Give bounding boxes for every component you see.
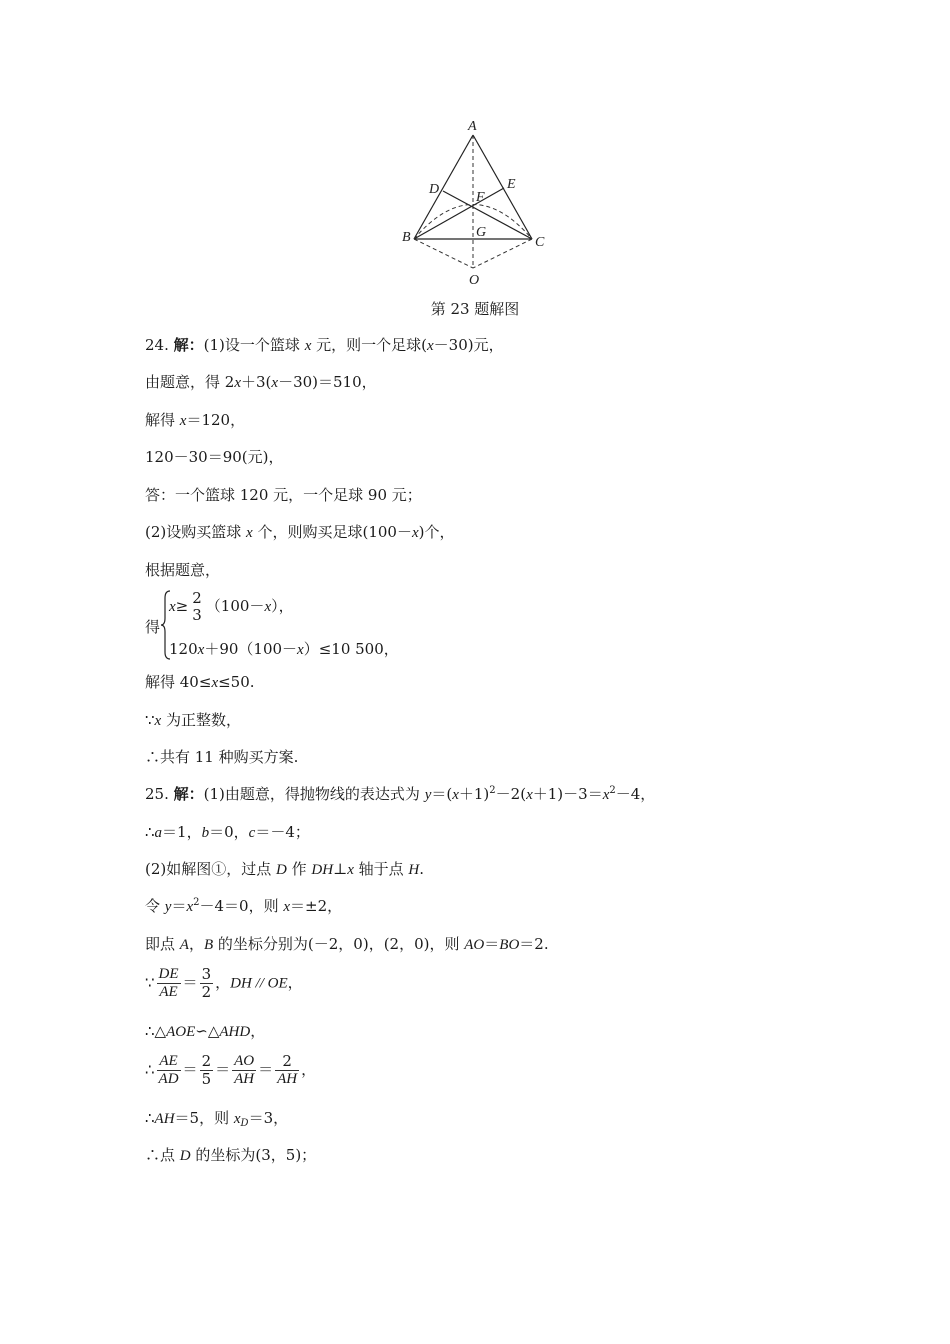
label-d: D [428,182,439,197]
q24-line-10: ∴共有 11 种购买方案. [145,747,298,767]
system-row-1: x≥23（100－x）， [169,590,294,624]
var: OE [268,976,288,992]
q24-line-7: 根据题意， [145,560,220,580]
triangle-symbol: △ [208,1022,220,1040]
text: (2)设购买篮球 [145,523,246,541]
q25-line-9: ∴AH＝5，则 xD＝3， [145,1108,288,1129]
text: ＝3， [249,1109,289,1127]
label-f: F [475,190,485,205]
text: ， [250,1022,265,1040]
fraction: 25 [200,1053,214,1088]
text: 解得 [145,411,180,429]
question-number: 24. [145,336,169,354]
text: ∴共有 11 种购买方案. [145,748,298,766]
solution-label: 解： [174,785,204,803]
denominator: 5 [200,1070,214,1088]
text: ＝ [258,1061,273,1079]
therefore-symbol: ∴ [145,823,155,841]
text: ＝( [431,785,452,803]
text: . [419,860,424,878]
q25-line-6: ∵DEAE＝32，DH // OE， [145,966,303,1001]
subscript: D [241,1118,249,1129]
text: ， [189,935,204,953]
text: ＝ [215,1061,230,1079]
text: 轴于点 [354,860,409,878]
text: ≤50. [218,673,254,691]
text: －30)＝510， [278,373,377,391]
triangle-diagram: A D E F B G C O [390,110,570,300]
text: ＋1)－3＝ [533,785,603,803]
numerator: 2 [190,590,204,607]
var: x [234,1111,241,1127]
therefore-symbol: ∴ [145,1061,155,1079]
denominator: AE [157,983,181,1001]
var: b [202,825,210,841]
text: ＋1) [459,785,489,803]
text: ）， [271,597,294,615]
var: H [408,862,419,878]
similar-symbol: ∽ [195,1022,208,1040]
var: D [180,1148,191,1164]
numerator: 2 [275,1053,299,1070]
text: 120－30＝90(元)， [145,448,284,466]
text: ∴△ [145,1022,166,1040]
numerator: 3 [200,966,214,983]
text: （100－ [206,597,265,615]
text: 解得 40≤ [145,673,211,691]
text: ∴点 [145,1146,180,1164]
q24-line-8: 解得 40≤x≤50. [145,672,255,693]
text: ≥ [176,597,189,615]
var: x [297,642,304,658]
label-e: E [506,177,516,192]
text: ＝0， [209,823,249,841]
var: DH [230,976,252,992]
var: AO [464,937,484,953]
because-symbol: ∵ [145,974,155,992]
text: ＋3( [241,373,271,391]
text: 的坐标为(3，5)； [191,1146,317,1164]
text: ⊥ [333,860,347,878]
text: 为正整数， [161,711,241,729]
text: 的坐标分别为(－2，0)，(2，0)，则 [213,935,464,953]
text: 即点 [145,935,180,953]
var: x [452,787,459,803]
fraction: AEAD [157,1053,181,1088]
var: B [204,937,213,953]
text: (1)设一个篮球 [204,336,305,354]
fraction: 32 [200,966,214,1001]
var: AHD [219,1024,250,1040]
label-g: G [476,225,486,240]
text: 得 [145,616,160,637]
q25-line-1: 25. 解：(1)由题意，得抛物线的表达式为 y＝(x＋1)2－2(x＋1)－3… [145,784,655,805]
var: a [155,825,163,841]
text: ＝±2， [290,897,342,915]
numerator: 2 [200,1053,214,1070]
solution-label: 解： [174,336,204,354]
text: －4， [616,785,656,803]
q25-line-2: ∴a＝1，b＝0，c＝－4； [145,822,310,843]
question-number: 25. [145,785,169,803]
label-o: O [469,273,479,288]
text: ＝ [183,1061,198,1079]
var: AH [155,1111,175,1127]
text: ＝120， [186,411,245,429]
var: x [526,787,533,803]
denominator: AD [157,1070,181,1088]
q24-line-2: 由题意，得 2x＋3(x－30)＝510， [145,372,377,393]
var: BO [499,937,519,953]
fraction: 2AH [275,1053,299,1088]
numerator: DE [157,966,181,983]
text: ＝2. [519,935,548,953]
var: AOE [166,1024,195,1040]
var: x [246,525,253,541]
text: ， [288,974,303,992]
text: ＝ [183,974,198,992]
parallel-symbol: // [252,976,268,992]
var: x [169,599,176,615]
q24-line-4: 120－30＝90(元)， [145,447,284,467]
text: 令 [145,897,165,915]
text: 元，则一个足球( [311,336,427,354]
because-symbol: ∵ [145,711,155,729]
denominator: 3 [190,607,204,624]
q24-line-9: ∵x 为正整数， [145,710,241,731]
text: 答：一个篮球 120 元，一个足球 90 元； [145,486,422,504]
var: A [180,937,189,953]
text: ＝5，则 [175,1109,234,1127]
fraction: DEAE [157,966,181,1001]
q24-line-1: 24. 解：(1)设一个篮球 x 元，则一个足球(x－30)元， [145,335,504,356]
text: ＝ [171,897,186,915]
text: 作 [287,860,312,878]
figure-caption: 第 23 题解图 [0,298,950,319]
label-c: C [535,235,545,250]
text: (1)由题意，得抛物线的表达式为 [204,785,425,803]
q25-line-5: 即点 A，B 的坐标分别为(－2，0)，(2，0)，则 AO＝BO＝2. [145,934,549,955]
fraction: AOAH [232,1053,256,1088]
text: ）≤10 500， [304,640,399,658]
q24-line-6: (2)设购买篮球 x 个，则购买足球(100－x)个， [145,522,455,543]
q25-line-4: 令 y＝x2－4＝0，则 x＝±2， [145,896,342,917]
q25-line-10: ∴点 D 的坐标为(3，5)； [145,1145,316,1166]
text: ＝1， [162,823,202,841]
text: 120 [169,640,198,658]
text: －2( [496,785,526,803]
text: ， [301,1061,316,1079]
var: D [276,862,287,878]
text: －4＝0，则 [200,897,284,915]
denominator: AH [232,1070,256,1088]
text: －30)元， [434,336,504,354]
text: (2)如解图①，过点 [145,860,276,878]
var: DH [311,862,333,878]
text: ＝ [484,935,499,953]
q25-line-8: ∴AEAD＝25＝AOAH＝2AH， [145,1053,316,1088]
label-a: A [467,119,477,134]
text: ， [215,974,230,992]
denominator: AH [275,1070,299,1088]
q25-line-7: ∴△AOE∽△AHD， [145,1021,265,1042]
var: x [427,338,434,354]
text: ＝－4； [255,823,310,841]
text: ＋90（100－ [204,640,297,658]
label-b: B [402,230,411,245]
therefore-symbol: ∴ [145,1109,155,1127]
var: x [234,375,241,391]
denominator: 2 [200,983,214,1001]
q24-line-3: 解得 x＝120， [145,410,245,431]
numerator: AO [232,1053,256,1070]
q25-line-3: (2)如解图①，过点 D 作 DH⊥x 轴于点 H. [145,859,424,880]
fraction: 23 [190,590,204,624]
text: 根据题意， [145,561,220,579]
text: 个，则购买足球(100－ [253,523,412,541]
system-row-2: 120x＋90（100－x）≤10 500， [169,638,399,659]
var: x [347,862,354,878]
var: x [412,525,419,541]
text: )个， [419,523,455,541]
text: 由题意，得 2 [145,373,234,391]
geometry-figure: A D E F B G C O [390,110,570,300]
numerator: AE [157,1053,181,1070]
q24-line-5: 答：一个篮球 120 元，一个足球 90 元； [145,485,422,505]
